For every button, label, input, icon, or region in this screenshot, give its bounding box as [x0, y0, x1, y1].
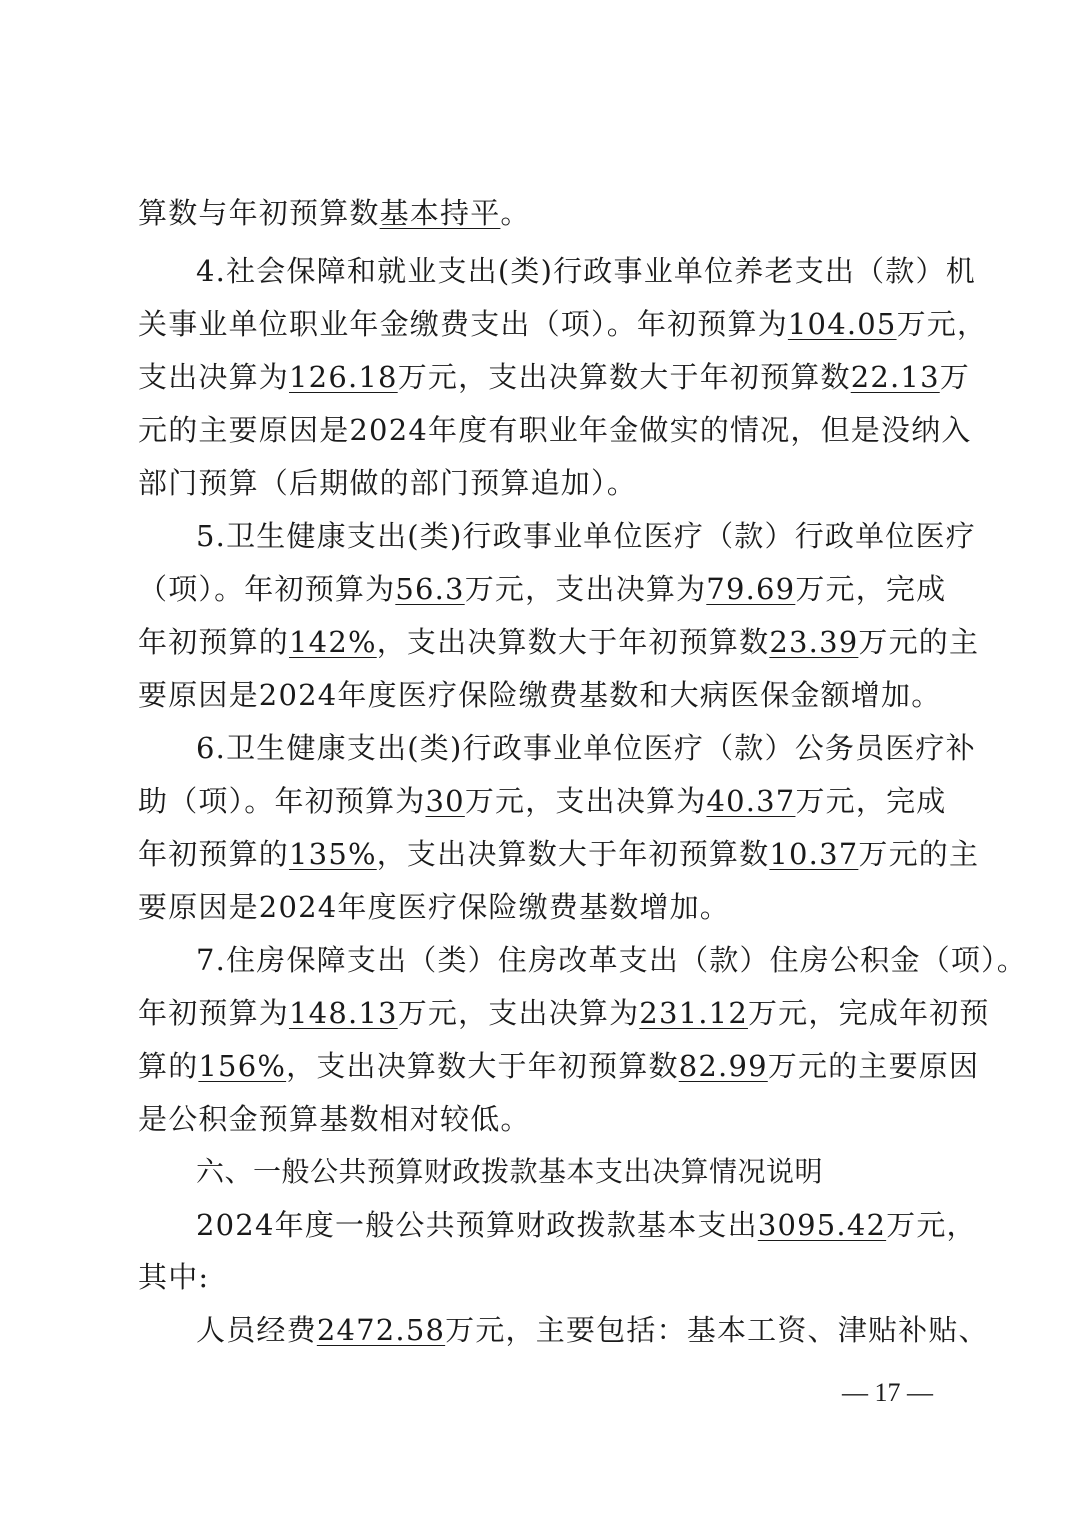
text: 4.社会保障和就业支出(类)行政事业单位养老支出（款）机 — [196, 254, 976, 288]
text-line: 元的主要原因是2024年度有职业年金做实的情况，但是没纳入 — [138, 410, 938, 450]
underlined-value: 79.69 — [706, 572, 795, 606]
text-line: 年初预算的142%，支出决算数大于年初预算数23.39万元的主 — [138, 622, 938, 662]
text: 。 — [500, 196, 530, 230]
text: 万元的主 — [858, 837, 979, 871]
underlined-value: 148.13 — [289, 996, 398, 1030]
underlined-value: 23.39 — [769, 625, 858, 659]
underlined-value: 3095.42 — [758, 1208, 886, 1242]
text: ，支出决算数大于年初预算数 — [377, 837, 770, 871]
text: 算数与年初预算数 — [138, 196, 380, 230]
text: 是公积金预算基数相对较低。 — [138, 1102, 531, 1136]
underlined-value: 231.12 — [639, 996, 748, 1030]
text-line: （项）。年初预算为56.3万元，支出决算为79.69万元，完成 — [138, 569, 938, 609]
text-line: 2024年度一般公共预算财政拨款基本支出3095.42万元， — [196, 1205, 938, 1245]
text-line: 年初预算的135%，支出决算数大于年初预算数10.37万元的主 — [138, 834, 938, 874]
underlined-value: 156% — [198, 1049, 286, 1083]
underlined-value: 10.37 — [769, 837, 858, 871]
underlined-value: 82.99 — [679, 1049, 768, 1083]
underlined-value: 142% — [289, 625, 377, 659]
text: 万元，支出决算为 — [465, 572, 707, 606]
text-line: 要原因是2024年度医疗保险缴费基数和大病医保金额增加。 — [138, 675, 938, 715]
text: 万元，完成 — [795, 784, 946, 818]
text: 5.卫生健康支出(类)行政事业单位医疗（款）行政单位医疗 — [196, 519, 976, 553]
text: 部门预算（后期做的部门预算追加）。 — [138, 466, 637, 500]
text-line: 算的156%，支出决算数大于年初预算数82.99万元的主要原因 — [138, 1046, 938, 1086]
text: 万元，完成年初预 — [748, 996, 990, 1030]
page-number: — 17 — — [842, 1376, 933, 1410]
text-line: 是公积金预算基数相对较低。 — [138, 1099, 938, 1139]
text: 年初预算的 — [138, 625, 289, 659]
text: 万元，支出决算为 — [465, 784, 707, 818]
underlined-value: 135% — [289, 837, 377, 871]
text-line: 5.卫生健康支出(类)行政事业单位医疗（款）行政单位医疗 — [196, 516, 938, 556]
text-line: 关事业单位职业年金缴费支出（项）。年初预算为104.05万元， — [138, 304, 938, 344]
text-line: 7.住房保障支出（类）住房改革支出（款）住房公积金（项）。 — [196, 940, 938, 980]
underlined-value: 2472.58 — [317, 1313, 445, 1347]
underlined-value: 126.18 — [289, 360, 398, 394]
text: 年初预算的 — [138, 837, 289, 871]
text-line: 部门预算（后期做的部门预算追加）。 — [138, 463, 938, 503]
text: 年初预算为 — [138, 996, 289, 1030]
text: （项）。年初预算为 — [138, 572, 395, 606]
underlined-value: 104.05 — [788, 307, 897, 341]
underlined-value: 56.3 — [395, 572, 464, 606]
text: 2024年度一般公共预算财政拨款基本支出 — [196, 1208, 758, 1242]
text: ，支出决算数大于年初预算数 — [377, 625, 770, 659]
text: 6.卫生健康支出(类)行政事业单位医疗（款）公务员医疗补 — [196, 731, 976, 765]
text-line: 人员经费2472.58万元，主要包括：基本工资、津贴补贴、 — [196, 1310, 938, 1350]
text: 万 — [940, 360, 970, 394]
text: 元的主要原因是2024年度有职业年金做实的情况，但是没纳入 — [138, 413, 972, 447]
text: 万元的主要原因 — [768, 1049, 979, 1083]
document-page: 算数与年初预算数基本持平。 4.社会保障和就业支出(类)行政事业单位养老支出（款… — [0, 0, 1074, 1520]
text: 关事业单位职业年金缴费支出（项）。年初预算为 — [138, 307, 788, 341]
underlined-value: 30 — [426, 784, 465, 818]
text-line: 4.社会保障和就业支出(类)行政事业单位养老支出（款）机 — [196, 251, 938, 291]
text: 要原因是2024年度医疗保险缴费基数和大病医保金额增加。 — [138, 678, 941, 712]
text: 要原因是2024年度医疗保险缴费基数增加。 — [138, 890, 730, 924]
text-line: 助（项）。年初预算为30万元，支出决算为40.37万元，完成 — [138, 781, 938, 821]
section-heading: 六、一般公共预算财政拨款基本支出决算情况说明 — [196, 1152, 823, 1192]
text-line: 其中: — [138, 1257, 938, 1297]
underlined-value: 基本持平 — [380, 196, 501, 230]
text-line: 年初预算为148.13万元，支出决算为231.12万元，完成年初预 — [138, 993, 938, 1033]
text-line: 支出决算为126.18万元，支出决算数大于年初预算数22.13万 — [138, 357, 938, 397]
text-line: 6.卫生健康支出(类)行政事业单位医疗（款）公务员医疗补 — [196, 728, 938, 768]
text: 万元的主 — [858, 625, 979, 659]
text: 算的 — [138, 1049, 198, 1083]
text: 7.住房保障支出（类）住房改革支出（款）住房公积金（项）。 — [196, 943, 1027, 977]
text: 万元，完成 — [795, 572, 946, 606]
text: 助（项）。年初预算为 — [138, 784, 426, 818]
text: 人员经费 — [196, 1313, 317, 1347]
text: 支出决算为 — [138, 360, 289, 394]
text: 万元， — [897, 307, 988, 341]
text: ，支出决算数大于年初预算数 — [286, 1049, 679, 1083]
text: 万元，支出决算为 — [398, 996, 640, 1030]
underlined-value: 40.37 — [706, 784, 795, 818]
text: 万元，主要包括：基本工资、津贴补贴、 — [445, 1313, 989, 1347]
text: 其中: — [138, 1260, 209, 1294]
text: 万元，支出决算数大于年初预算数 — [398, 360, 851, 394]
underlined-value: 22.13 — [851, 360, 940, 394]
text-line: 要原因是2024年度医疗保险缴费基数增加。 — [138, 887, 938, 927]
text: 万元， — [886, 1208, 977, 1242]
text-line: 算数与年初预算数基本持平。 — [138, 193, 938, 233]
